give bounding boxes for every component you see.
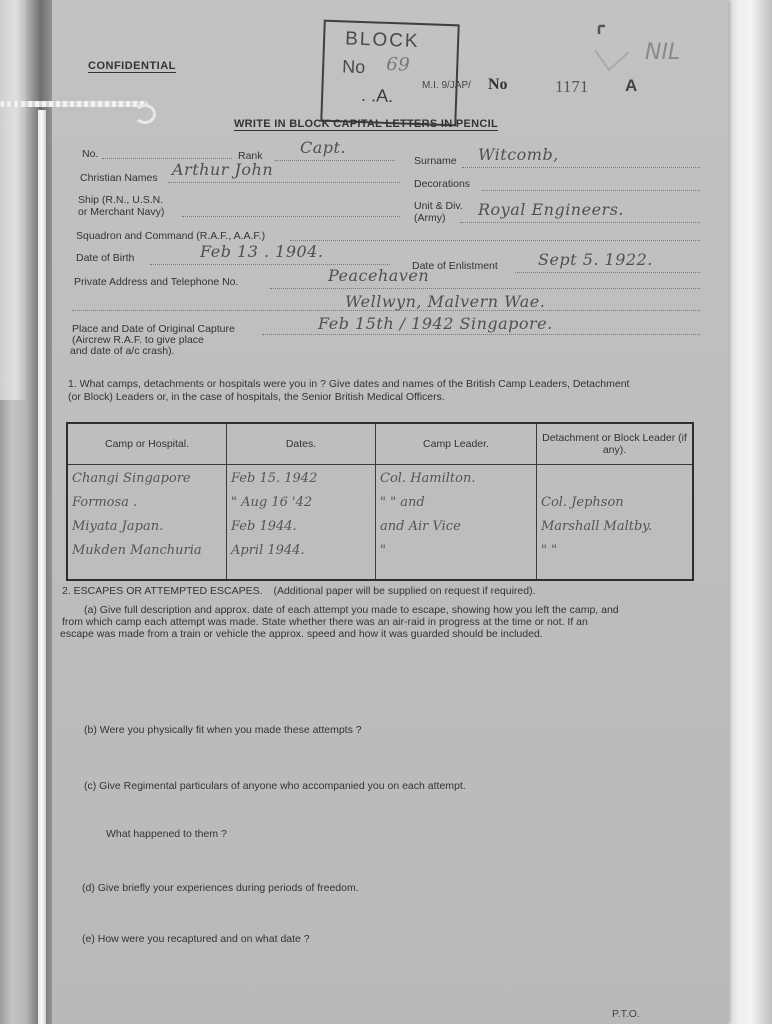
folder-flap	[0, 0, 26, 400]
table-cell: Changi Singapore	[72, 467, 222, 491]
header-camp-leader: Camp Leader.	[376, 423, 537, 465]
binder-left	[0, 0, 58, 1024]
rank-value: Capt.	[300, 138, 346, 157]
no-label: No.	[82, 148, 98, 160]
table-cell: Miyata Japan.	[72, 515, 222, 539]
capture-field[interactable]	[262, 334, 700, 335]
rank-field[interactable]	[275, 160, 395, 161]
dob-field[interactable]	[150, 264, 390, 265]
surname-label: Surname	[414, 155, 457, 167]
table-cell: Marshall Maltby.	[541, 515, 688, 539]
address-line-1: Peacehaven	[328, 266, 429, 285]
table-cell: April 1944.	[231, 539, 371, 563]
camps-table: Camp or Hospital. Dates. Camp Leader. De…	[66, 422, 694, 581]
capture-label-3: and date of a/c crash).	[70, 345, 174, 357]
enlistment-field[interactable]	[515, 272, 700, 273]
address-field[interactable]	[270, 288, 700, 289]
surname-field[interactable]	[462, 167, 700, 168]
detachment-leader-column[interactable]: Col. Jephson Marshall Maltby. " "	[537, 465, 694, 581]
unit-label: Unit & Div.	[414, 200, 463, 212]
decorations-field[interactable]	[482, 190, 700, 191]
table-cell: "	[380, 539, 532, 563]
table-cell: " " and	[380, 491, 532, 515]
table-cell: Mukden Manchuria	[72, 539, 222, 563]
reference-prefix: M.I. 9/JAP/	[422, 80, 471, 91]
instruction-heading: WRITE IN BLOCK CAPITAL LETTERS IN PENCIL	[234, 118, 498, 131]
address-label: Private Address and Telephone No.	[74, 276, 238, 288]
block-stamp: BLOCK No 69 . .A.	[320, 20, 459, 127]
classification-text: CONFIDENTIAL	[88, 60, 176, 73]
capture-value: Feb 15th / 1942 Singapore.	[318, 314, 553, 333]
table-cell: " "	[541, 539, 688, 563]
question-c-followup: What happened to them ?	[106, 828, 227, 840]
section1-question: 1. What camps, detachments or hospitals …	[68, 378, 629, 390]
christian-names-label: Christian Names	[80, 172, 158, 184]
camps-table-body: Changi Singapore Formosa . Miyata Japan.…	[67, 465, 693, 581]
question-e: (e) How were you recaptured and on what …	[82, 933, 310, 945]
surname-value: Witcomb,	[478, 145, 559, 164]
classification-label: CONFIDENTIAL	[88, 60, 176, 72]
header-dates: Dates.	[227, 423, 376, 465]
table-cell: Col. Hamilton.	[380, 467, 532, 491]
question-a-2: from which camp each attempt was made. S…	[62, 616, 588, 628]
camp-leader-column[interactable]: Col. Hamilton. " " and and Air Vice "	[376, 465, 537, 581]
table-cell: " Aug 16 '42	[231, 491, 371, 515]
table-cell: Feb 1944.	[231, 515, 371, 539]
unit-value: Royal Engineers.	[478, 200, 624, 219]
camp-column[interactable]: Changi Singapore Formosa . Miyata Japan.…	[67, 465, 227, 581]
file-suffix: A	[625, 76, 637, 96]
dob-value: Feb 13 . 1904.	[200, 242, 323, 261]
christian-names-field[interactable]	[168, 182, 400, 183]
question-a-3: escape was made from a train or vehicle …	[60, 628, 543, 640]
camps-table-header: Camp or Hospital. Dates. Camp Leader. De…	[67, 423, 693, 465]
ship-field[interactable]	[182, 216, 400, 217]
block-stamp-number: 69	[386, 54, 411, 76]
dates-column[interactable]: Feb 15. 1942 " Aug 16 '42 Feb 1944. Apri…	[227, 465, 376, 581]
header-camp: Camp or Hospital.	[67, 423, 227, 465]
pto-label: P.T.O.	[612, 1008, 640, 1020]
question-a: (a) Give full description and approx. da…	[84, 604, 619, 616]
christian-names-value: Arthur John	[172, 160, 273, 179]
address-line-2: Wellwyn, Malvern Wae.	[345, 292, 545, 311]
unit-field[interactable]	[460, 222, 700, 223]
section1-question-2: (or Block) Leaders or, in the case of ho…	[68, 391, 445, 403]
ship-label-2: or Merchant Navy)	[78, 206, 164, 218]
block-stamp-title: BLOCK	[345, 28, 420, 53]
unit-label-2: (Army)	[414, 212, 446, 224]
table-cell: Formosa .	[72, 491, 222, 515]
block-stamp-letter: . .A.	[361, 85, 394, 107]
squadron-field[interactable]	[290, 240, 700, 241]
tie-string-loop	[134, 104, 156, 124]
decorations-label: Decorations	[414, 178, 470, 190]
header-detachment-leader: Detachment or Block Leader (if any).	[537, 423, 694, 465]
pencil-arrow-mark	[585, 20, 635, 80]
dob-label: Date of Birth	[76, 252, 134, 264]
section2-title: 2. ESCAPES OR ATTEMPTED ESCAPES.	[62, 585, 263, 597]
no-field[interactable]	[102, 158, 232, 159]
squadron-label: Squadron and Command (R.A.F., A.A.F.)	[76, 230, 265, 242]
tie-string	[0, 101, 148, 107]
nil-annotation: NIL	[645, 40, 680, 65]
ship-label: Ship (R.N., U.S.N.	[78, 194, 163, 206]
file-no-label: No	[488, 76, 508, 94]
table-cell: Col. Jephson	[541, 491, 688, 515]
binder-rod	[38, 110, 46, 1024]
file-number: 1171	[555, 77, 588, 97]
block-stamp-no-label: No	[342, 56, 366, 78]
enlistment-value: Sept 5. 1922.	[538, 250, 653, 269]
table-cell: and Air Vice	[380, 515, 532, 539]
table-cell: Feb 15. 1942	[231, 467, 371, 491]
section2-note: (Additional paper will be supplied on re…	[273, 585, 535, 597]
question-d: (d) Give briefly your experiences during…	[82, 882, 359, 894]
question-b: (b) Were you physically fit when you mad…	[84, 724, 362, 736]
section2-heading: 2. ESCAPES OR ATTEMPTED ESCAPES. (Additi…	[62, 585, 536, 597]
table-cell	[541, 467, 688, 491]
question-c: (c) Give Regimental particulars of anyon…	[84, 780, 466, 792]
